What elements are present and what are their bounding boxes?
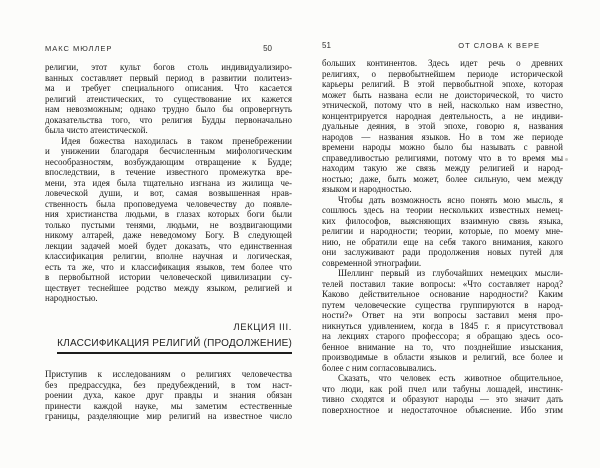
text-line: классификация религии, вполне научная и … [45,251,292,262]
text-line: мени, эта идея была тщательно изгнана из… [45,178,292,189]
text-line: бенное внимание на то, что позднейшие из… [322,342,563,353]
text-line: несообразностям, возбуждающим отвращение… [45,157,292,168]
text-line: ния христианства людьми, в глазах которы… [45,209,292,220]
text-line: религиях, о первобытнейшем периоде истор… [322,69,563,80]
text-line: религии и народности; теории, которые, п… [322,226,563,237]
book-spread: МАКС МЮЛЛЕР 50 религии, этот культ богов… [0,0,600,468]
text-line: карьеры религий. В этой первобытной эпох… [322,79,563,90]
paragraph: больших континентов. Здесь идет речь о д… [322,58,563,195]
text-line: и унижении благодаря бесчисленным мифоло… [45,146,292,157]
text-line: роении духа, какое друг правды и знания … [45,390,292,401]
text-line: Идея божества находилась в таком пренебр… [45,136,292,147]
text-line: народов — названия языков. Но в том же п… [322,132,563,143]
right-page: 51 ОТ СЛОВА К ВЕРЕ больших континентов. … [322,0,563,415]
text-line: может быть названа если не доисторическо… [322,90,563,101]
running-head-left: МАКС МЮЛЛЕР 50 [45,44,292,53]
text-line: нам невозможным; однако трудно было бы о… [45,104,292,115]
text-line: была чисто атеистической. [45,125,292,136]
text-line: производимые в области языков и религий,… [322,352,563,363]
running-head-author: МАКС МЮЛЛЕР [45,44,112,53]
running-head-book-title: ОТ СЛОВА К ВЕРЕ [458,41,540,50]
text-line: этнической, потому что в ней, насколько … [322,100,563,111]
text-line: они заслуживают ради продолжения новых п… [322,247,563,258]
text-line: дуальные деяния, в этой эпохе, говорю я,… [322,121,563,132]
text-line: Сказать, что человек есть животное общит… [322,373,563,384]
text-line: ких философов, выясняющих взаимную связь… [322,216,563,227]
text-line: ности?» Ответ на эти вопросы заставил ме… [322,310,563,321]
text-line: никому алтарей, даже неведомому Богу. В … [45,230,292,241]
text-line: на лекциях старого профессора; я обращаю… [322,331,563,342]
text-line: Чтобы дать возможность ясно понять мою м… [322,195,563,206]
text-line: религии, этот культ богов столь индивиду… [45,62,292,73]
paragraph: Чтобы дать возможность ясно понять мою м… [322,195,563,269]
text-line: лекции задачей моей будет доказать, что … [45,241,292,252]
text-line: современной этнографии. [322,258,563,269]
paragraph: Сказать, что человек есть животное общит… [322,373,563,415]
page-number-left: 50 [263,44,272,53]
text-line: ществует теснейшее родство между языком,… [45,283,292,294]
text-line: справедливостью религиями, потому что в … [322,153,563,164]
text-line: есть та же, что и классификация языков, … [45,262,292,273]
text-line: языком и народностью. [322,184,563,195]
text-line: времени народы можно было бы называть с … [322,142,563,153]
text-line: сошлюсь здесь на теории нескольких извес… [322,205,563,216]
text-line: Приступив к исследованиям о религиях чел… [45,369,292,380]
text-line: больших континентов. Здесь идет речь о д… [322,58,563,69]
text-line: находим такую же связь между религией и … [322,163,563,174]
left-page: МАКС МЮЛЛЕР 50 религии, этот культ богов… [45,0,292,422]
text-line: народностью. [45,293,292,304]
left-page-body-after-heading: Приступив к исследованиям о религиях чел… [45,369,292,422]
text-line: без предрассудка, без предубеждений, в т… [45,380,292,391]
text-line: впоследствии, в течение известного проме… [45,167,292,178]
paragraph: Приступив к исследованиям о религиях чел… [45,369,292,422]
text-line: Каково действительное основание народнос… [322,289,563,300]
text-line: нию, не обратили еще на себя такого вним… [322,237,563,248]
text-line: религий атеистических, то существование … [45,94,292,105]
paragraph: Шеллинг первый из глубочайших немецких м… [322,268,563,373]
text-line: доказательства того, что религия Будды п… [45,115,292,126]
text-line: концентрируется народная деятельность, а… [322,111,563,122]
text-line: телей поставил такие вопросы: «Что соста… [322,279,563,290]
text-line: тивно сходятся и образуют народы — это з… [322,394,563,405]
text-line: в первобытной истории человеческой цивил… [45,272,292,283]
text-line: поверхностное и недостаточное объяснение… [322,405,563,416]
text-line: только пустыми тенями, людьми, не воздви… [45,220,292,231]
running-head-right: 51 ОТ СЛОВА К ВЕРЕ [322,41,563,50]
right-page-body: больших континентов. Здесь идет речь о д… [322,58,563,415]
left-page-body: религии, этот культ богов столь индивиду… [45,62,292,304]
paragraph: Идея божества находилась в таком пренебр… [45,136,292,304]
scan-speck [565,158,568,161]
text-line: более с ним согласовывались. [322,363,563,374]
text-line: ма и требует специального описания. Что … [45,83,292,94]
text-line: что люди, как рой пчел или табуны лошаде… [322,384,563,395]
text-line: границы, разделяющие мир религий на изве… [45,411,292,422]
text-line: принести каждой науке, мы заметим естест… [45,401,292,412]
text-line: ванных составляет первый период в развит… [45,73,292,84]
paragraph: религии, этот культ богов столь индивиду… [45,62,292,136]
text-line: ловеческой души, и вот, самая возвышенна… [45,188,292,199]
page-number-right: 51 [322,41,331,50]
section-heading-lecture: ЛЕКЦИЯ III. [45,322,292,333]
text-line: Шеллинг первый из глубочайших немецких м… [322,268,563,279]
text-line: ственность была проповедуема человечеств… [45,199,292,210]
text-line: никнуться удивлением, когда в 1845 г. я … [322,321,563,332]
text-line: путем человеческие существа группируются… [322,300,563,311]
text-line: ностью; даже, быть может, более сильную,… [322,174,563,185]
section-heading-title: КЛАССИФИКАЦИЯ РЕЛИГИЙ (ПРОДОЛЖЕНИЕ) [57,338,292,355]
section-heading: ЛЕКЦИЯ III. КЛАССИФИКАЦИЯ РЕЛИГИЙ (ПРОДО… [45,322,292,355]
